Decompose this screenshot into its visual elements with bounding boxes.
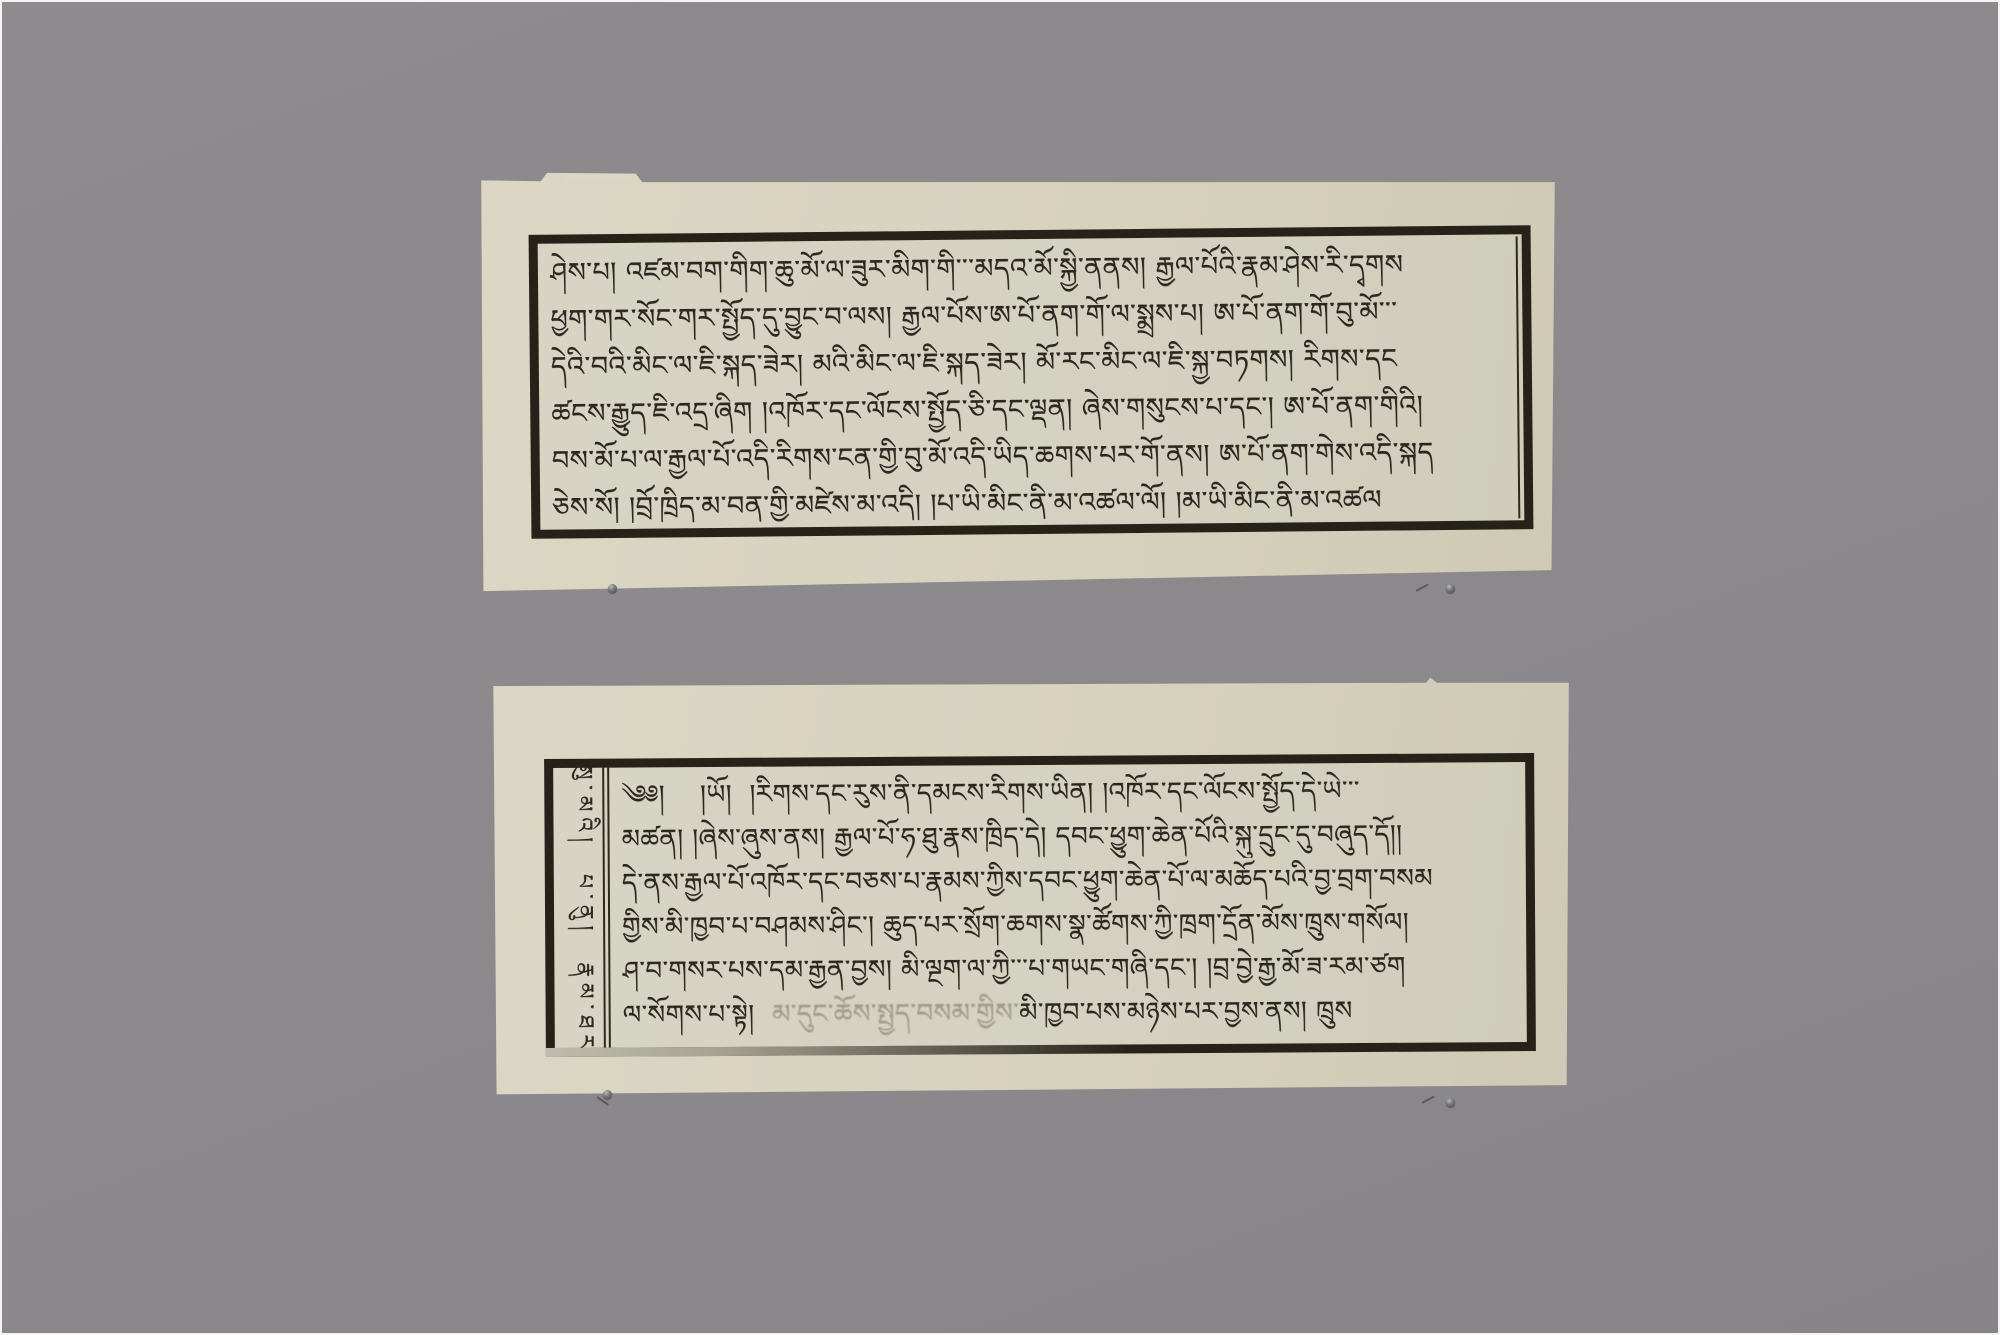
mounting-pin	[1446, 1098, 1455, 1107]
text-line: ༄༅། །ཡོ། །རིགས་དང་རུས་ནི་དམངས་རིགས་ཡིན། …	[621, 768, 1509, 817]
mounting-pin	[608, 584, 617, 593]
manuscript-leaf-bottom: ཨུ་མའི། པ་ནུ། རྣམ་ཐར ༄༅། །ཡོ། །རིགས་དང་ར…	[489, 676, 1571, 1096]
margin-column: ཨུ་མའི། པ་ནུ། རྣམ་ཐར	[553, 768, 611, 1048]
faded-text-segment: མ་དུང་ཆོས་སྤྱད་བསམ་གྱིས་	[772, 998, 1019, 1030]
paper-fold-notch	[564, 164, 656, 181]
text-line: ཤ་བ་གསར་པས་དམ་རྒྱན་བྱས། མི་ལྔག་ལ་ཀྱི་་་པ…	[622, 944, 1510, 993]
text-block-bottom-lines: ༄༅། །ཡོ། །རིགས་དང་རུས་ནི་དམངས་རིགས་ཡིན། …	[621, 768, 1511, 1041]
text-segment: ལ་སོགས་པ་སྟེ།	[623, 1000, 773, 1031]
photo-background: ཤེས་པ། འཛམ་བག་གིག་ཆུ་མོ་ལ་ཟུར་མིག་གི་་་མ…	[0, 0, 2000, 1335]
margin-title-label: ཨུ་མའི། པ་ནུ། རྣམ་ཐར	[547, 761, 611, 1054]
mounting-pin-wire	[1422, 1096, 1435, 1104]
mounting-pin	[1446, 584, 1455, 593]
manuscript-leaf-top: ཤེས་པ། འཛམ་བག་གིག་ཆུ་མོ་ལ་ཟུར་མིག་གི་་་མ…	[478, 172, 1558, 592]
mounting-pin-wire	[1416, 584, 1429, 592]
text-line: དེ་ནས་རྒྱལ་པོ་འཁོར་དང་བཅས་པ་རྣམས་ཀྱིས་དབ…	[622, 856, 1510, 905]
text-line: མཚན། །ཞེས་ཞུས་ནས། རྒྱལ་པོ་ཧ་ཐུ་རྣས་ཁྲིད་…	[621, 812, 1509, 861]
text-block-top: ཤེས་པ། འཛམ་བག་གིག་ཆུ་མོ་ལ་ཟུར་མིག་གི་་་མ…	[550, 240, 1509, 523]
text-frame-top: ཤེས་པ། འཛམ་བག་གིག་ཆུ་མོ་ལ་ཟུར་མིག་གི་་་མ…	[529, 225, 1534, 539]
text-segment: མི་ཁྱབ་པས་མཉེས་པར་བྱས་ནས། ཁྲུས	[1019, 996, 1353, 1028]
text-block-bottom: ༄༅། །ཡོ། །རིགས་དང་རུས་ནི་དམངས་རིགས་ཡིན། …	[609, 762, 1527, 1048]
text-line: གྱིས་མི་ཁྱབ་པ་བཤམས་ཤིང་། ཆུད་པར་སྲོག་ཆགས…	[622, 900, 1510, 949]
text-frame-bottom: ཨུ་མའི། པ་ནུ། རྣམ་ཐར ༄༅། །ཡོ། །རིགས་དང་ར…	[544, 753, 1536, 1057]
mounting-pin	[603, 1090, 612, 1099]
text-line-faded-middle: ལ་སོགས་པ་སྟེ། མ་དུང་ཆོས་སྤྱད་བསམ་གྱིས་མི…	[623, 988, 1511, 1037]
